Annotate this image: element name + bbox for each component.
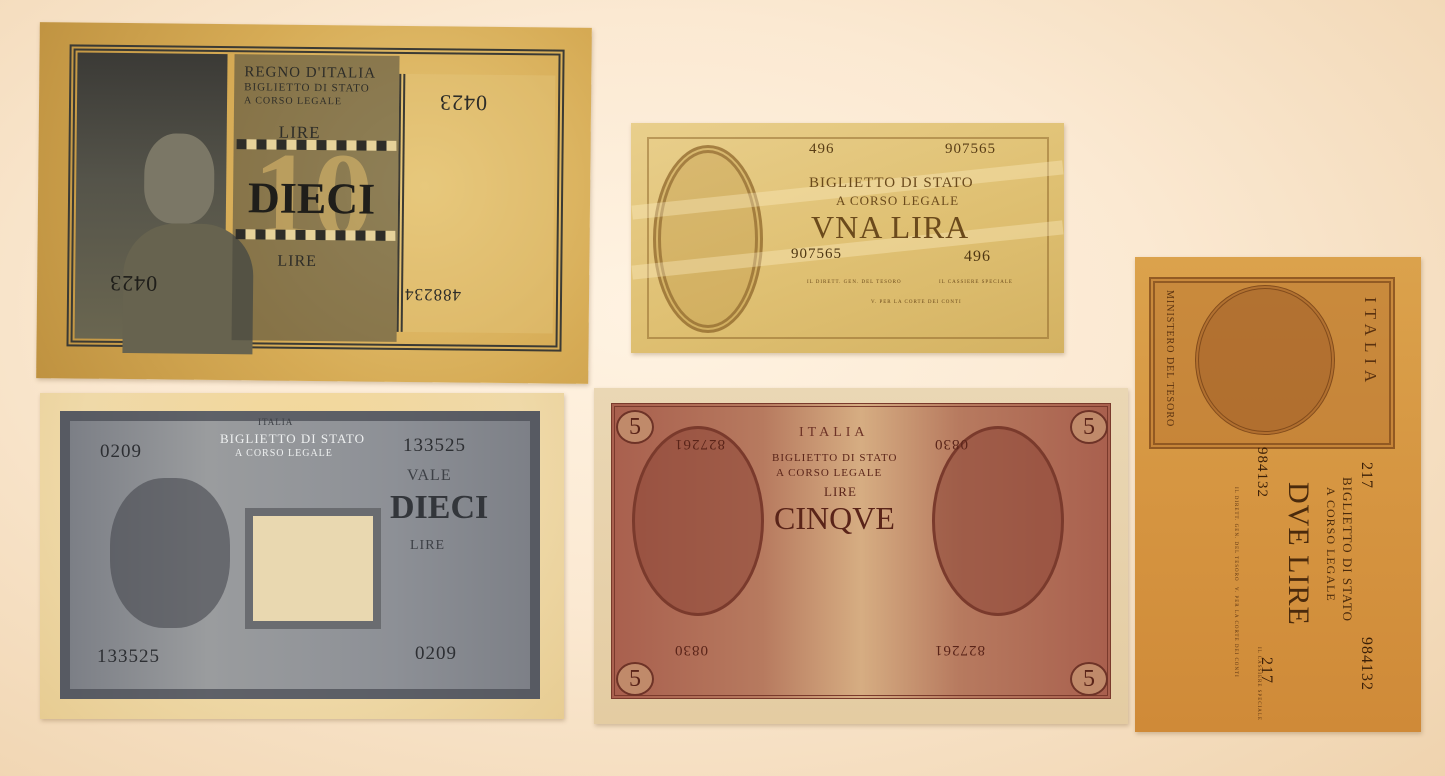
banknote-10-lire-giove: ITALIA BIGLIETTO DI STATO A CORSO LEGALE…: [40, 393, 564, 719]
serial-series-bottom: 496: [964, 248, 991, 266]
corner-numeral-tr: 5: [1070, 410, 1108, 444]
signature-caption-3: V. PER LA CORTE DEI CONTI: [871, 300, 962, 305]
legal-tender-text: A CORSO LEGALE: [235, 448, 333, 459]
banknote-1-lira: 496 907565 BIGLIETTO DI STATO A CORSO LE…: [631, 123, 1064, 353]
signature-caption-1: IL DIRETT. GEN. DEL TESORO: [1233, 487, 1238, 582]
watermark-window: [245, 508, 381, 629]
signature-caption-1: IL DIRETT. GEN. DEL TESORO: [807, 280, 902, 285]
serial-series-top: 217: [1357, 462, 1375, 489]
note-type-text: BIGLIETTO DI STATO: [1339, 477, 1355, 622]
note-type-text: BIGLIETTO DI STATO: [220, 431, 365, 447]
coat-of-arms-medallion: [653, 145, 763, 333]
serial-series-bottom: 0423: [109, 270, 157, 297]
signature-caption-2: IL CASSIERE SPECIALE: [939, 280, 1013, 285]
portrait-head: [144, 133, 215, 224]
legal-tender-text: A CORSO LEGALE: [776, 467, 882, 479]
lire-label-top: LIRE: [279, 123, 321, 143]
lire-label: LIRE: [410, 538, 445, 554]
banknote-5-lire: 5 5 5 5 ITALIA BIGLIETTO DI STATO A CORS…: [594, 388, 1128, 724]
portrait-jupiter: [110, 478, 230, 628]
legal-tender-text: A CORSO LEGALE: [1323, 487, 1338, 602]
note-type-text: BIGLIETTO DI STATO: [809, 175, 974, 192]
value-word: VNA LIRA: [811, 209, 969, 246]
header-text: ITALIA: [799, 425, 869, 441]
issuer-text: REGNO D'ITALIA: [244, 64, 376, 82]
lire-label: LIRE: [824, 484, 857, 500]
value-word: CINQVE: [774, 500, 895, 537]
checker-band-bottom: [236, 229, 396, 241]
note-type-text: BIGLIETTO DI STATO: [244, 81, 370, 94]
corner-numeral-tl: 5: [616, 410, 654, 444]
header-text: ITALIA: [258, 417, 293, 427]
legal-tender-text: A CORSO LEGALE: [244, 95, 342, 107]
serial-series-bottom: 0830: [674, 641, 708, 658]
lire-label-bottom: LIRE: [277, 253, 317, 271]
value-word: DIECI: [248, 172, 376, 224]
ministry-text: MINISTERO DEL TESORO: [1164, 290, 1175, 427]
serial-series-top: 0830: [934, 435, 968, 452]
legal-tender-text: A CORSO LEGALE: [836, 193, 959, 209]
signature-caption-3: IL CASSIERE SPECIALE: [1256, 647, 1261, 721]
serial-number-bottom: 907565: [791, 246, 842, 263]
value-word: DVE LIRE: [1281, 482, 1315, 626]
serial-number-top: 907565: [945, 141, 996, 158]
serial-series-top: 0209: [100, 441, 142, 463]
serial-number-top: 827261: [674, 435, 725, 452]
header-text: ITALIA: [1360, 297, 1380, 388]
serial-series-bottom: 0209: [415, 643, 457, 665]
serial-number: 488234: [404, 284, 461, 305]
signature-caption-2: V. PER LA CORTE DEI CONTI: [1233, 587, 1238, 678]
corner-numeral-br: 5: [1070, 662, 1108, 696]
serial-number-bottom: 133525: [97, 646, 160, 668]
banknote-10-lire-impero: 10 REGNO D'ITALIA BIGLIETTO DI STATO A C…: [36, 22, 592, 384]
corner-numeral-bl: 5: [616, 662, 654, 696]
serial-series-top: 496: [809, 141, 835, 158]
serial-number-top: 133525: [403, 435, 466, 457]
vale-label: VALE: [407, 467, 452, 485]
serial-number-bottom: 827261: [934, 641, 985, 658]
value-word: DIECI: [390, 489, 488, 527]
serial-number-bottom: 984132: [1253, 447, 1270, 498]
portrait-medallion: [632, 426, 764, 616]
serial-series-top: 0423: [439, 89, 487, 116]
serial-number-top: 984132: [1357, 637, 1375, 691]
numeral-medallion: [932, 426, 1064, 616]
portrait-king: [75, 53, 228, 341]
banknote-2-lire: ITALIA MINISTERO DEL TESORO 217 984132 B…: [1135, 257, 1421, 732]
note-type-text: BIGLIETTO DI STATO: [772, 452, 897, 464]
coat-of-arms-medallion: [1195, 285, 1335, 435]
